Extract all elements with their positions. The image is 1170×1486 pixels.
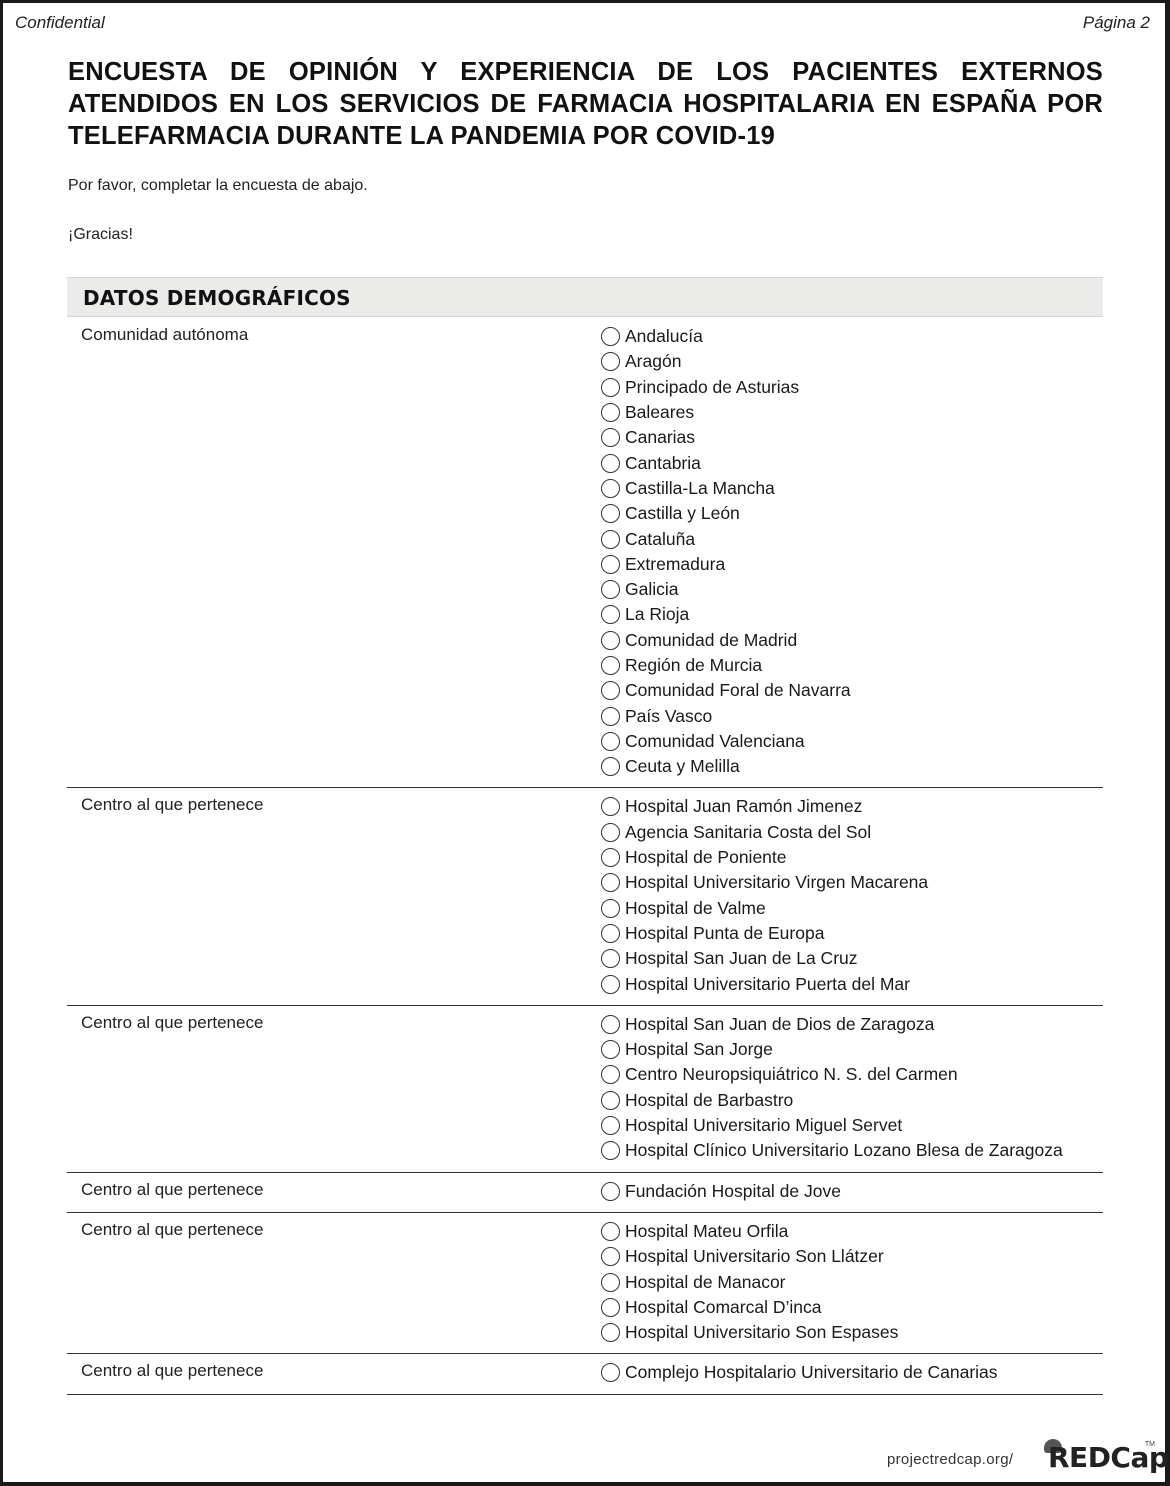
page-number: Página 2	[1083, 13, 1150, 33]
question-label: Centro al que pertenece	[81, 795, 263, 815]
radio-option[interactable]: Hospital San Juan de La Cruz	[601, 946, 1103, 971]
radio-group: AndalucíaAragónPrincipado de AsturiasBal…	[601, 324, 1103, 779]
radio-option-label: Aragón	[625, 351, 681, 372]
radio-button-icon[interactable]	[601, 479, 620, 498]
radio-option-label: Castilla y León	[625, 503, 740, 524]
radio-option-label: Centro Neuropsiquiátrico N. S. del Carme…	[625, 1064, 958, 1085]
radio-button-icon[interactable]	[601, 1323, 620, 1342]
radio-button-icon[interactable]	[601, 1040, 620, 1059]
redcap-logo: REDCap TM	[1040, 1437, 1155, 1477]
radio-option-label: Baleares	[625, 402, 694, 423]
radio-option[interactable]: Hospital Universitario Son Espases	[601, 1320, 1103, 1345]
radio-option-label: Complejo Hospitalario Universitario de C…	[625, 1362, 998, 1383]
radio-button-icon[interactable]	[601, 555, 620, 574]
radio-option[interactable]: Hospital Universitario Puerta del Mar	[601, 971, 1103, 996]
radio-option-label: Comunidad Valenciana	[625, 731, 805, 752]
question-row: Centro al que perteneceHospital Mateu Or…	[67, 1213, 1103, 1354]
radio-option-label: Hospital de Poniente	[625, 847, 787, 868]
radio-group: Hospital Mateu OrfilaHospital Universita…	[601, 1219, 1103, 1345]
radio-button-icon[interactable]	[601, 1273, 620, 1292]
radio-option-label: Hospital Mateu Orfila	[625, 1221, 788, 1242]
radio-option[interactable]: Agencia Sanitaria Costa del Sol	[601, 820, 1103, 845]
radio-option-label: Canarias	[625, 427, 695, 448]
thanks-text: ¡Gracias!	[68, 226, 133, 244]
radio-button-icon[interactable]	[601, 681, 620, 700]
radio-option-label: Comunidad de Madrid	[625, 630, 797, 651]
radio-option[interactable]: Extremadura	[601, 552, 1103, 577]
radio-button-icon[interactable]	[601, 1363, 620, 1382]
radio-option-label: Galicia	[625, 579, 679, 600]
radio-option[interactable]: Hospital de Valme	[601, 896, 1103, 921]
radio-option[interactable]: Galicia	[601, 577, 1103, 602]
radio-option[interactable]: Comunidad Foral de Navarra	[601, 678, 1103, 703]
radio-option-label: Principado de Asturias	[625, 377, 799, 398]
radio-option[interactable]: Hospital Juan Ramón Jimenez	[601, 794, 1103, 819]
radio-button-icon[interactable]	[601, 757, 620, 776]
radio-option-label: Castilla-La Mancha	[625, 478, 775, 499]
trademark-mark: TM	[1145, 1441, 1155, 1448]
radio-option-label: Comunidad Foral de Navarra	[625, 680, 851, 701]
radio-button-icon[interactable]	[601, 454, 620, 473]
radio-option[interactable]: Hospital Universitario Miguel Servet	[601, 1113, 1103, 1138]
radio-option-label: La Rioja	[625, 604, 689, 625]
question-row: Centro al que perteneceHospital San Juan…	[67, 1006, 1103, 1173]
radio-option[interactable]: Baleares	[601, 400, 1103, 425]
radio-option[interactable]: Fundación Hospital de Jove	[601, 1179, 1103, 1204]
radio-button-icon[interactable]	[601, 656, 620, 675]
radio-option[interactable]: Hospital de Poniente	[601, 845, 1103, 870]
radio-option[interactable]: Complejo Hospitalario Universitario de C…	[601, 1360, 1103, 1385]
radio-option-label: Hospital San Jorge	[625, 1039, 773, 1060]
radio-option[interactable]: Cantabria	[601, 450, 1103, 475]
radio-button-icon[interactable]	[601, 403, 620, 422]
radio-button-icon[interactable]	[601, 327, 620, 346]
radio-button-icon[interactable]	[601, 707, 620, 726]
radio-option-label: Ceuta y Melilla	[625, 756, 740, 777]
radio-option[interactable]: Comunidad de Madrid	[601, 628, 1103, 653]
radio-option[interactable]: País Vasco	[601, 703, 1103, 728]
radio-option-label: Cantabria	[625, 453, 701, 474]
radio-option-label: Hospital Universitario Son Espases	[625, 1322, 898, 1343]
radio-option-label: Extremadura	[625, 554, 725, 575]
radio-option-label: Hospital San Juan de La Cruz	[625, 948, 858, 969]
radio-option[interactable]: Hospital Comarcal D’inca	[601, 1295, 1103, 1320]
radio-button-icon[interactable]	[601, 1222, 620, 1241]
question-label: Centro al que pertenece	[81, 1220, 263, 1240]
radio-option-label: Hospital San Juan de Dios de Zaragoza	[625, 1014, 934, 1035]
radio-option[interactable]: Hospital Punta de Europa	[601, 921, 1103, 946]
radio-option[interactable]: Aragón	[601, 349, 1103, 374]
radio-option-label: País Vasco	[625, 706, 712, 727]
radio-button-icon[interactable]	[601, 823, 620, 842]
radio-button-icon[interactable]	[601, 1182, 620, 1201]
radio-button-icon[interactable]	[601, 428, 620, 447]
radio-option[interactable]: Hospital Clínico Universitario Lozano Bl…	[601, 1138, 1103, 1163]
radio-button-icon[interactable]	[601, 1091, 620, 1110]
question-label: Centro al que pertenece	[81, 1180, 263, 1200]
radio-button-icon[interactable]	[601, 924, 620, 943]
question-row: Centro al que perteneceHospital Juan Ram…	[67, 788, 1103, 1005]
radio-button-icon[interactable]	[601, 873, 620, 892]
radio-button-icon[interactable]	[601, 1298, 620, 1317]
radio-group: Hospital Juan Ramón JimenezAgencia Sanit…	[601, 794, 1103, 996]
radio-option-label: Hospital Juan Ramón Jimenez	[625, 796, 862, 817]
radio-option-label: Hospital Comarcal D’inca	[625, 1297, 821, 1318]
radio-option-label: Hospital Universitario Virgen Macarena	[625, 872, 928, 893]
radio-button-icon[interactable]	[601, 1065, 620, 1084]
radio-option[interactable]: Cataluña	[601, 526, 1103, 551]
radio-button-icon[interactable]	[601, 949, 620, 968]
question-label: Centro al que pertenece	[81, 1013, 263, 1033]
radio-option-label: Hospital Universitario Puerta del Mar	[625, 974, 910, 995]
radio-option-label: Fundación Hospital de Jove	[625, 1181, 841, 1202]
radio-option-label: Andalucía	[625, 326, 703, 347]
radio-button-icon[interactable]	[601, 631, 620, 650]
radio-button-icon[interactable]	[601, 352, 620, 371]
question-label: Comunidad autónoma	[81, 325, 248, 345]
radio-button-icon[interactable]	[601, 1116, 620, 1135]
section-header: DATOS DEMOGRÁFICOS	[67, 277, 1103, 317]
radio-option[interactable]: Hospital Universitario Son Llátzer	[601, 1244, 1103, 1269]
radio-option[interactable]: Castilla-La Mancha	[601, 476, 1103, 501]
radio-option[interactable]: Región de Murcia	[601, 653, 1103, 678]
radio-option[interactable]: Hospital de Barbastro	[601, 1088, 1103, 1113]
radio-group: Hospital San Juan de Dios de ZaragozaHos…	[601, 1012, 1103, 1164]
radio-option[interactable]: Hospital Universitario Virgen Macarena	[601, 870, 1103, 895]
intro-text: Por favor, completar la encuesta de abaj…	[68, 177, 368, 195]
radio-option-label: Hospital Universitario Son Llátzer	[625, 1246, 884, 1267]
radio-option[interactable]: Centro Neuropsiquiátrico N. S. del Carme…	[601, 1062, 1103, 1087]
question-row: Centro al que perteneceComplejo Hospital…	[67, 1354, 1103, 1394]
radio-button-icon[interactable]	[601, 530, 620, 549]
section-title: DATOS DEMOGRÁFICOS	[83, 286, 351, 310]
radio-group: Complejo Hospitalario Universitario de C…	[601, 1360, 1103, 1385]
radio-option[interactable]: Andalucía	[601, 324, 1103, 349]
radio-button-icon[interactable]	[601, 1247, 620, 1266]
radio-option[interactable]: Canarias	[601, 425, 1103, 450]
radio-option-label: Hospital de Manacor	[625, 1272, 786, 1293]
radio-option[interactable]: Ceuta y Melilla	[601, 754, 1103, 779]
radio-button-icon[interactable]	[601, 580, 620, 599]
question-label: Centro al que pertenece	[81, 1361, 263, 1381]
radio-button-icon[interactable]	[601, 378, 620, 397]
radio-option[interactable]: Comunidad Valenciana	[601, 729, 1103, 754]
radio-button-icon[interactable]	[601, 899, 620, 918]
radio-button-icon[interactable]	[601, 797, 620, 816]
footer-url[interactable]: projectredcap.org/	[887, 1451, 1013, 1468]
radio-option-label: Hospital Punta de Europa	[625, 923, 824, 944]
radio-option[interactable]: Castilla y León	[601, 501, 1103, 526]
question-row: Comunidad autónomaAndalucíaAragónPrincip…	[67, 318, 1103, 788]
radio-option[interactable]: Hospital San Jorge	[601, 1037, 1103, 1062]
radio-button-icon[interactable]	[601, 1141, 620, 1160]
questions-list: Comunidad autónomaAndalucíaAragónPrincip…	[67, 318, 1103, 1395]
radio-button-icon[interactable]	[601, 975, 620, 994]
question-row: Centro al que perteneceFundación Hospita…	[67, 1173, 1103, 1213]
radio-button-icon[interactable]	[601, 1015, 620, 1034]
radio-button-icon[interactable]	[601, 732, 620, 751]
radio-button-icon[interactable]	[601, 605, 620, 624]
confidential-label: Confidential	[15, 13, 105, 33]
radio-group: Fundación Hospital de Jove	[601, 1179, 1103, 1204]
radio-option-label: Cataluña	[625, 529, 695, 550]
radio-option-label: Región de Murcia	[625, 655, 762, 676]
radio-option[interactable]: Hospital Mateu Orfila	[601, 1219, 1103, 1244]
radio-option[interactable]: La Rioja	[601, 602, 1103, 627]
radio-option-label: Hospital Clínico Universitario Lozano Bl…	[625, 1140, 1063, 1161]
survey-title: ENCUESTA DE OPINIÓN Y EXPERIENCIA DE LOS…	[68, 56, 1103, 152]
radio-option[interactable]: Hospital San Juan de Dios de Zaragoza	[601, 1012, 1103, 1037]
radio-option-label: Agencia Sanitaria Costa del Sol	[625, 822, 871, 843]
radio-option[interactable]: Hospital de Manacor	[601, 1269, 1103, 1294]
radio-option[interactable]: Principado de Asturias	[601, 375, 1103, 400]
radio-button-icon[interactable]	[601, 848, 620, 867]
radio-option-label: Hospital Universitario Miguel Servet	[625, 1115, 902, 1136]
radio-option-label: Hospital de Barbastro	[625, 1090, 793, 1111]
radio-option-label: Hospital de Valme	[625, 898, 766, 919]
radio-button-icon[interactable]	[601, 504, 620, 523]
